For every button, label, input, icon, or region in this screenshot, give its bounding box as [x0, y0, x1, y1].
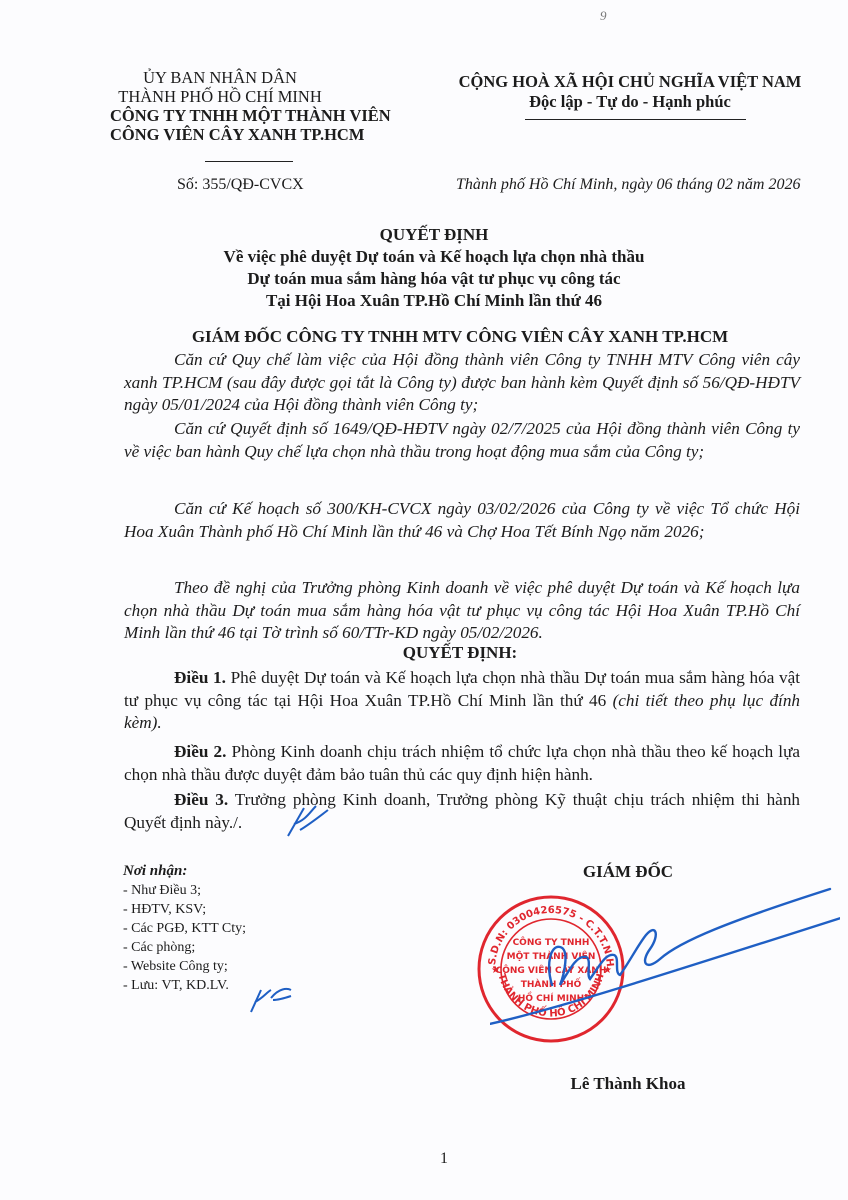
legal-basis-2: Căn cứ Quyết định số 1649/QĐ-HĐTV ngày 0… — [124, 418, 800, 463]
legal-basis-1: Căn cứ Quy chế làm việc của Hội đồng thà… — [124, 349, 800, 417]
issuer-underline — [205, 161, 293, 162]
recipient-item: - HĐTV, KSV; — [123, 900, 246, 919]
article-2: Điều 2. Phòng Kinh doanh chịu trách nhiệ… — [124, 741, 800, 786]
legal-basis-3: Căn cứ Kế hoạch số 300/KH-CVCX ngày 03/0… — [124, 498, 800, 543]
country-name: CỘNG HOÀ XÃ HỘI CHỦ NGHĨA VIỆT NAM — [440, 72, 820, 91]
issuer-line-2: THÀNH PHỐ HỒ CHÍ MINH — [110, 87, 330, 106]
article-3: Điều 3. Trưởng phòng Kinh doanh, Trưởng … — [124, 789, 800, 834]
document-date: Thành phố Hồ Chí Minh, ngày 06 tháng 02 … — [456, 176, 800, 194]
article-label: Điều 1. — [174, 668, 226, 687]
issuing-authority: GIÁM ĐỐC CÔNG TY TNHH MTV CÔNG VIÊN CÂY … — [110, 327, 810, 347]
signature-icon — [490, 875, 840, 1025]
proposal-basis: Theo đề nghị của Trưởng phòng Kinh doanh… — [124, 577, 800, 645]
recipient-item: - Lưu: VT, KD.LV. — [123, 976, 246, 995]
subject-line-1: Về việc phê duyệt Dự toán và Kế hoạch lự… — [110, 246, 758, 268]
recipient-item: - Như Điều 3; — [123, 881, 246, 900]
document-title: QUYẾT ĐỊNH Về việc phê duyệt Dự toán và … — [110, 224, 758, 312]
document-type: QUYẾT ĐỊNH — [110, 224, 758, 246]
recipient-item: - Website Công ty; — [123, 957, 246, 976]
issuer-line-1: ỦY BAN NHÂN DÂN — [110, 68, 330, 87]
issuer-header: ỦY BAN NHÂN DÂN THÀNH PHỐ HỒ CHÍ MINH CÔ… — [110, 68, 330, 144]
page-number: 1 — [424, 1150, 464, 1168]
issuer-line-3: CÔNG TY TNHH MỘT THÀNH VIÊN — [110, 106, 330, 125]
legal-basis-text: Căn cứ Quy chế làm việc của Hội đồng thà… — [124, 350, 800, 414]
recipients-list: Nơi nhận: - Như Điều 3; - HĐTV, KSV; - C… — [123, 862, 246, 995]
document-number: Số: 355/QĐ-CVCX — [177, 176, 304, 194]
article-text: Phòng Kinh doanh chịu trách nhiệm tổ chứ… — [124, 742, 800, 784]
recipients-title: Nơi nhận: — [123, 862, 246, 881]
handwritten-initial-mark — [280, 800, 360, 840]
decision-heading: QUYẾT ĐỊNH: — [110, 643, 810, 663]
legal-basis-text: Theo đề nghị của Trưởng phòng Kinh doanh… — [124, 578, 800, 642]
national-slogan: Độc lập - Tự do - Hạnh phúc — [440, 91, 820, 113]
article-1: Điều 1. Phê duyệt Dự toán và Kế hoạch lự… — [124, 667, 800, 735]
national-header: CỘNG HOÀ XÃ HỘI CHỦ NGHĨA VIỆT NAM Độc l… — [440, 72, 820, 113]
slogan-underline — [525, 119, 746, 120]
subject-line-2: Dự toán mua sắm hàng hóa vật tư phục vụ … — [110, 268, 758, 290]
recipient-item: - Các PGĐ, KTT Cty; — [123, 919, 246, 938]
page-mark: 9 — [600, 8, 607, 24]
signer-name: Lê Thành Khoa — [510, 1074, 746, 1094]
recipient-item: - Các phòng; — [123, 938, 246, 957]
article-label: Điều 2. — [174, 742, 226, 761]
subject-line-3: Tại Hội Hoa Xuân TP.Hồ Chí Minh lần thứ … — [110, 290, 758, 312]
legal-basis-text: Căn cứ Quyết định số 1649/QĐ-HĐTV ngày 0… — [124, 419, 800, 461]
article-label: Điều 3. — [174, 790, 228, 809]
issuer-line-4: CÔNG VIÊN CÂY XANH TP.HCM — [110, 125, 330, 144]
handwritten-initial-mark — [245, 982, 295, 1017]
legal-basis-text: Căn cứ Kế hoạch số 300/KH-CVCX ngày 03/0… — [124, 499, 800, 541]
